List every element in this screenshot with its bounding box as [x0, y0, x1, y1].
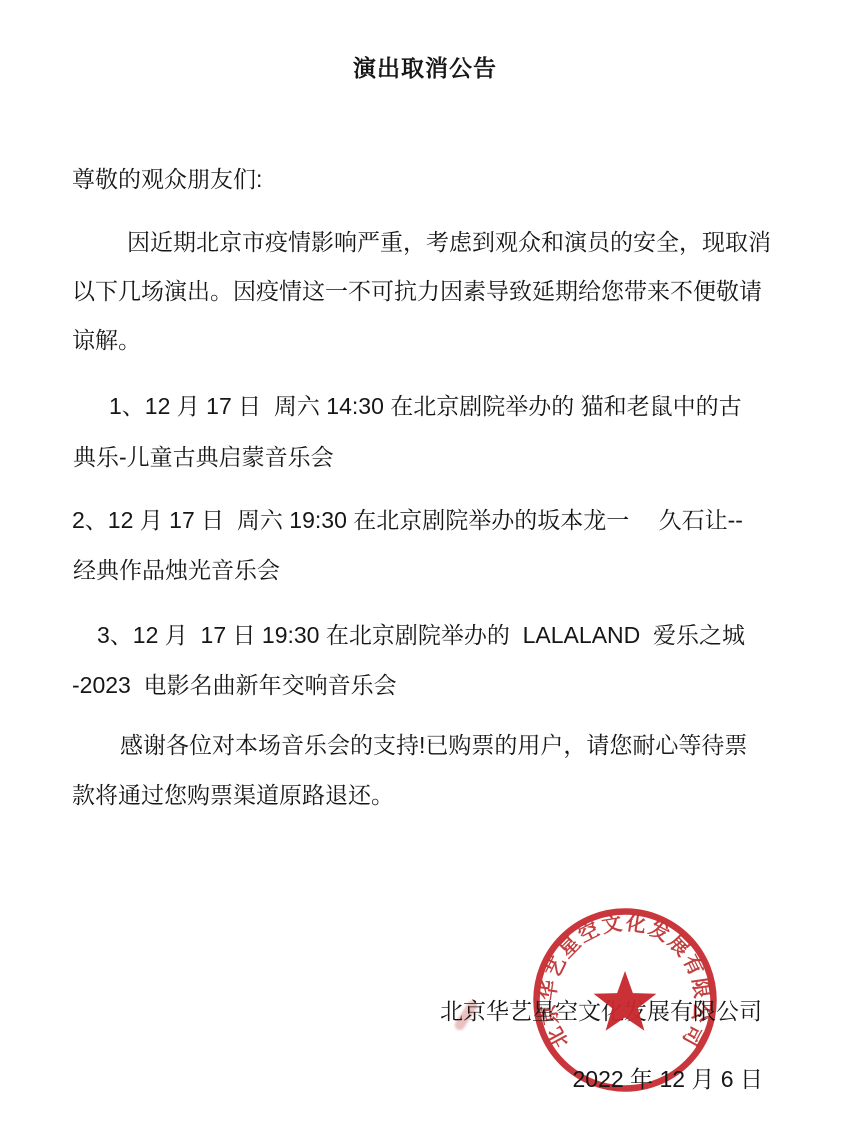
body-line: 感谢各位对本场音乐会的支持!已购票的用户，请您耐心等待票	[120, 730, 747, 760]
page-title: 演出取消公告	[0, 50, 850, 83]
body-line: 因近期北京市疫情影响严重，考虑到观众和演员的安全，现取消	[127, 227, 771, 257]
body-line-item1: 1、12 月 17 日 周六 14:30 在北京剧院举办的 猫和老鼠中的古	[109, 391, 742, 421]
body-line-item3: -2023 电影名曲新年交响音乐会	[72, 670, 397, 700]
seal-star-icon	[585, 964, 665, 1044]
body-line: 款将通过您购票渠道原路退还。	[72, 780, 394, 810]
signature-date: 2022 年 12 月 6 日	[573, 1061, 764, 1094]
cancellation-notice-page: 演出取消公告 尊敬的观众朋友们: 因近期北京市疫情影响严重，考虑到观众和演员的安…	[0, 0, 850, 1126]
body-line: 以下几场演出。因疫情这一不可抗力因素导致延期给您带来不便敬请	[72, 276, 762, 306]
body-line-item2: 2、12 月 17 日 周六 19:30 在北京剧院举办的坂本龙一 久石让--	[72, 505, 743, 535]
body-line-item1: 典乐-儿童古典启蒙音乐会	[73, 442, 334, 472]
body-line-item3: 3、12 月 17 日 19:30 在北京剧院举办的 LALALAND 爱乐之城	[97, 620, 745, 650]
body-line-item2: 经典作品烛光音乐会	[73, 555, 280, 585]
body-line: 谅解。	[72, 325, 141, 355]
greeting-line: 尊敬的观众朋友们:	[72, 164, 262, 194]
